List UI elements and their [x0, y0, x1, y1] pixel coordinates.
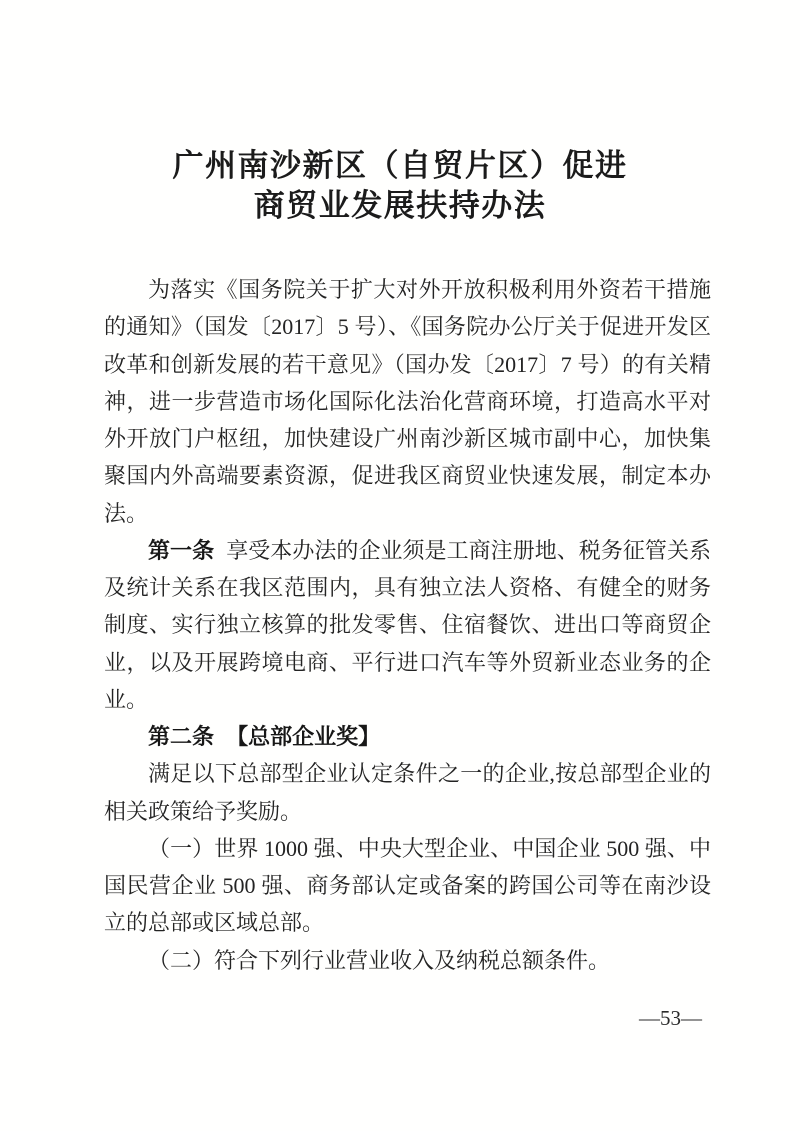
text-line: 法。	[104, 495, 711, 532]
article-2-title: 【总部企业奖】	[226, 724, 380, 749]
text-line: 国民营企业 500 强、商务部认定或备案的跨国公司等在南沙设	[104, 867, 711, 904]
article-1-number: 第一条	[148, 538, 214, 563]
text-line: 满足以下总部型企业认定条件之一的企业,按总部型企业的	[104, 755, 711, 792]
text-line: 业。	[104, 681, 711, 718]
text-line: 为落实《国务院关于扩大对外开放积极利用外资若干措施	[104, 271, 711, 308]
text-line: 制度、实行独立核算的批发零售、住宿餐饮、进出口等商贸企	[104, 606, 711, 643]
document-title-line2: 商贸业发展扶持办法	[0, 186, 800, 226]
page-number: —53—	[639, 1006, 702, 1031]
document-title-line1: 广州南沙新区（自贸片区）促进	[0, 146, 800, 186]
text-line: 的通知》（国发〔2017〕5 号）、《国务院办公厅关于促进开发区	[104, 308, 711, 345]
text-line: 业，以及开展跨境电商、平行进口汽车等外贸新业态业务的企	[104, 644, 711, 681]
text-line: 立的总部或区域总部。	[104, 904, 711, 941]
text-line-article-2-heading: 第二条【总部企业奖】	[104, 718, 711, 755]
text-line: 改革和创新发展的若干意见》（国办发〔2017〕7 号）的有关精	[104, 346, 711, 383]
text-line-item-1: （一）世界 1000 强、中央大型企业、中国企业 500 强、中	[104, 830, 711, 867]
text-line: 聚国内外高端要素资源，促进我区商贸业快速发展，制定本办	[104, 457, 711, 494]
article-2-number: 第二条	[148, 724, 214, 749]
document-body: 为落实《国务院关于扩大对外开放积极利用外资若干措施 的通知》（国发〔2017〕5…	[104, 271, 711, 979]
text-line: 相关政策给予奖励。	[104, 793, 711, 830]
text-line: 神，进一步营造市场化国际化法治化营商环境，打造高水平对	[104, 383, 711, 420]
text-line-article-1: 第一条享受本办法的企业须是工商注册地、税务征管关系	[104, 532, 711, 569]
text-line: 及统计关系在我区范围内，具有独立法人资格、有健全的财务	[104, 569, 711, 606]
document-title: 广州南沙新区（自贸片区）促进 商贸业发展扶持办法	[0, 146, 800, 226]
text-line: 外开放门户枢纽，加快建设广州南沙新区城市副中心，加快集	[104, 420, 711, 457]
text-line-item-2: （二）符合下列行业营业收入及纳税总额条件。	[104, 942, 711, 979]
document-page: 广州南沙新区（自贸片区）促进 商贸业发展扶持办法 为落实《国务院关于扩大对外开放…	[0, 0, 800, 1131]
